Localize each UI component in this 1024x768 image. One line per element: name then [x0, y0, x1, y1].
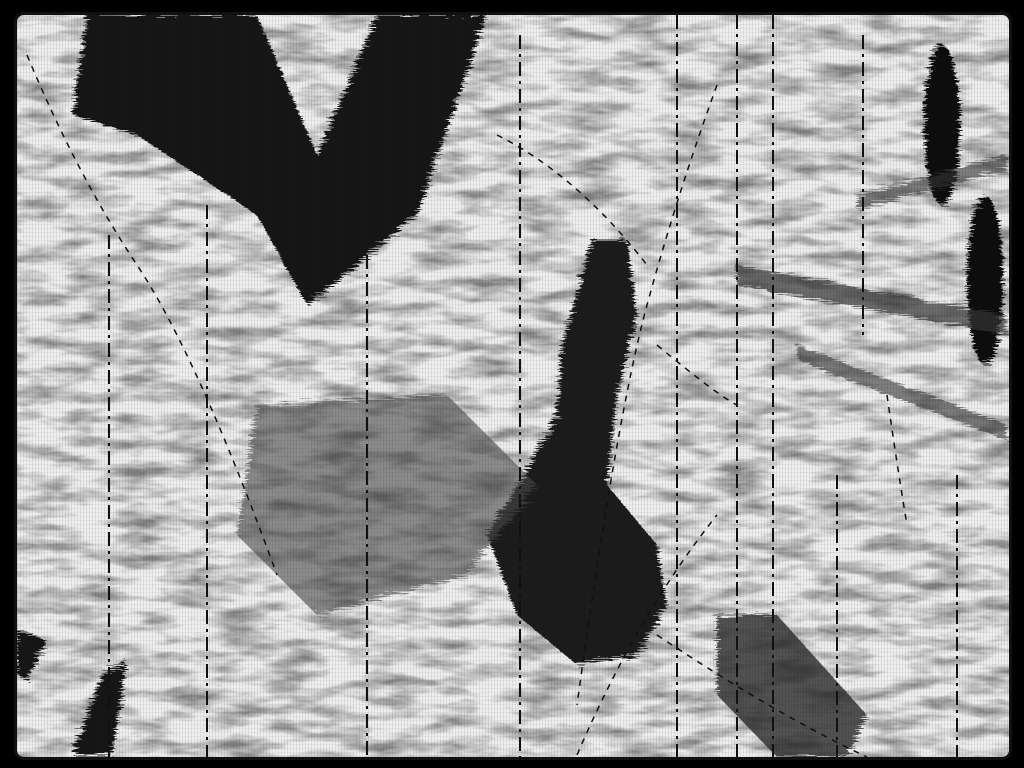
- image-frame: [14, 12, 1012, 760]
- abstract-artwork: [17, 15, 1009, 757]
